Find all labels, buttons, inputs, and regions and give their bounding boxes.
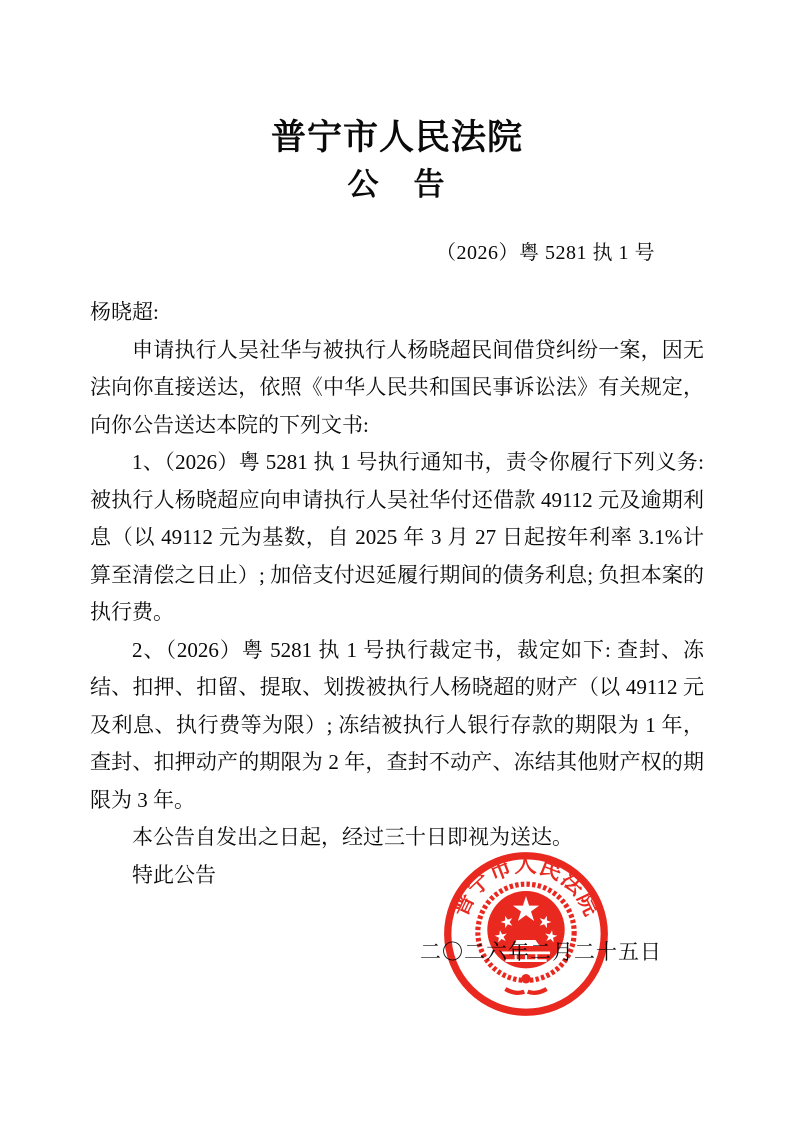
emblem-small-star-icon xyxy=(537,914,552,929)
body-paragraph: 杨晓超: xyxy=(90,294,704,332)
case-number: （2026）粤 5281 执 1 号 xyxy=(436,236,655,265)
emblem-big-star-icon xyxy=(513,896,539,921)
issue-date: 二〇二六年二月二十五日 xyxy=(420,936,662,966)
court-name-title: 普宁市人民法院 xyxy=(0,110,794,160)
emblem-cogwheel xyxy=(521,974,530,983)
doc-type-title: 公 告 xyxy=(0,159,794,204)
body-paragraph: 特此公告 xyxy=(90,857,704,895)
emblem-ribbon xyxy=(505,989,546,993)
body-paragraph: 申请执行人吴社华与被执行人杨晓超民间借贷纠纷一案，因无法向你直接送达，依照《中华… xyxy=(90,332,704,445)
document-page: 普宁市人民法院 公 告 （2026）粤 5281 执 1 号 杨晓超:申请执行人… xyxy=(0,0,794,1122)
body-paragraph: 2、（2026）粤 5281 执 1 号执行裁定书，裁定如下: 查封、冻结、扣押… xyxy=(90,632,704,820)
emblem-small-star-icon xyxy=(499,914,514,929)
body-paragraph: 本公告自发出之日起，经过三十日即视为送达。 xyxy=(90,819,704,857)
body-paragraph: 1、（2026）粤 5281 执 1 号执行通知书，责令你履行下列义务: 被执行… xyxy=(90,444,704,632)
body-text: 杨晓超:申请执行人吴社华与被执行人杨晓超民间借贷纠纷一案，因无法向你直接送达，依… xyxy=(90,294,704,894)
